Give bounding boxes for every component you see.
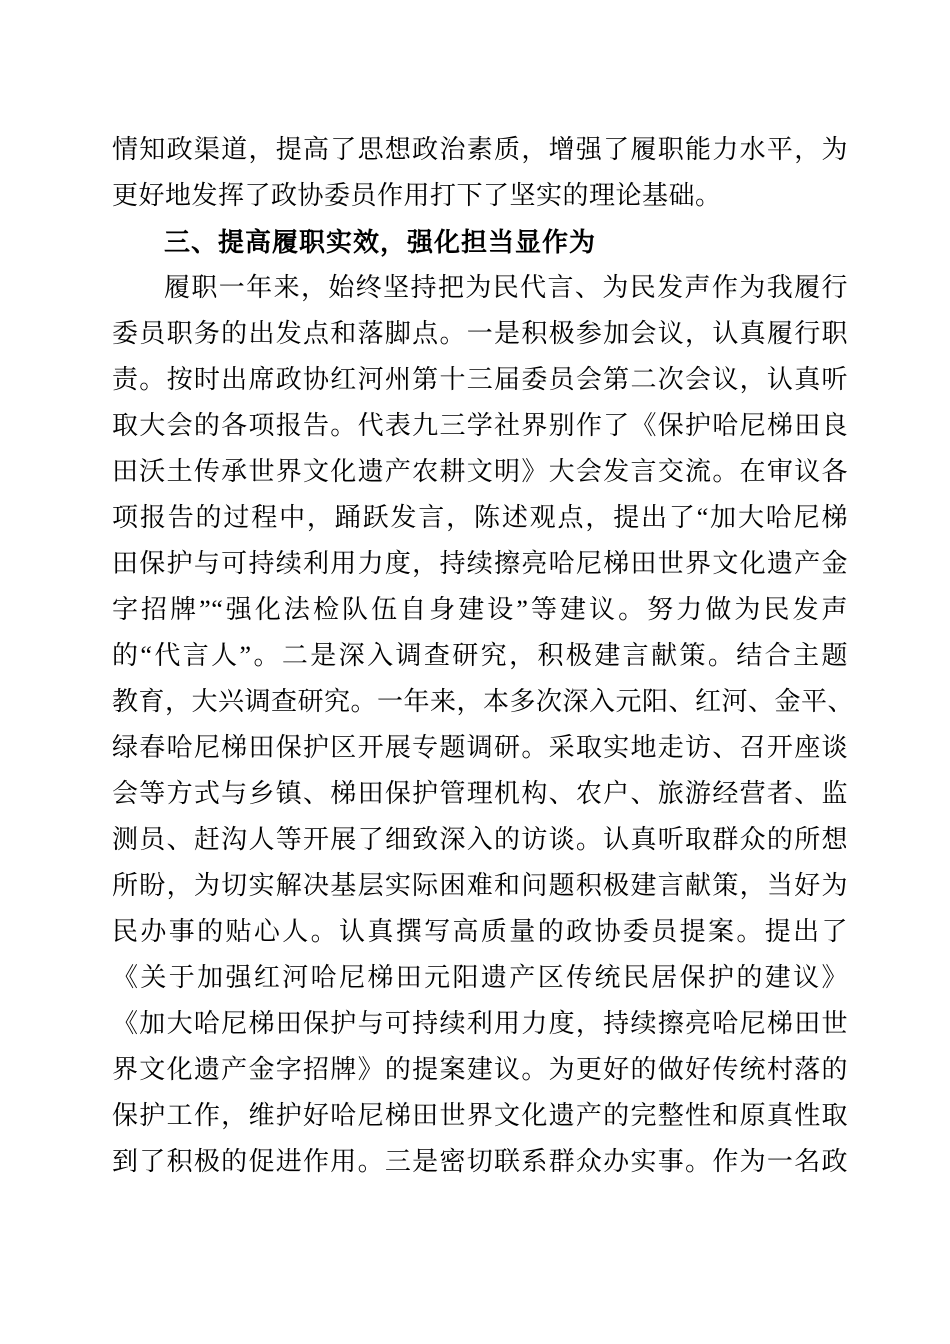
text-line: 田沃土传承世界文化遗产农耕文明》大会发言交流。在审议各 (112, 449, 848, 495)
text-line: 界文化遗产金字招牌》的提案建议。为更好的做好传统村落的 (112, 1047, 848, 1093)
text-line: 《加大哈尼梯田保护与可持续利用力度，持续擦亮哈尼梯田世 (112, 1001, 848, 1047)
text-line: 取大会的各项报告。代表九三学社界别作了《保护哈尼梯田良 (112, 403, 848, 449)
section-heading-line: 三、提高履职实效，强化担当显作为 (112, 219, 848, 265)
text-line: 《关于加强红河哈尼梯田元阳遗产区传统民居保护的建议》 (112, 955, 848, 1001)
text-line: 情知政渠道，提高了思想政治素质，增强了履职能力水平，为 (112, 127, 848, 173)
text-line: 到了积极的促进作用。三是密切联系群众办实事。作为一名政 (112, 1139, 848, 1185)
text-line: 责。按时出席政协红河州第十三届委员会第二次会议，认真听 (112, 357, 848, 403)
text-line: 字招牌”“强化法检队伍自身建设”等建议。努力做为民发声 (112, 587, 848, 633)
text-line: 项报告的过程中，踊跃发言，陈述观点，提出了“加大哈尼梯 (112, 495, 848, 541)
text-line: 委员职务的出发点和落脚点。一是积极参加会议，认真履行职 (112, 311, 848, 357)
text-line: 绿春哈尼梯田保护区开展专题调研。采取实地走访、召开座谈 (112, 725, 848, 771)
text-line: 履职一年来，始终坚持把为民代言、为民发声作为我履行 (112, 265, 848, 311)
text-line: 会等方式与乡镇、梯田保护管理机构、农户、旅游经营者、监 (112, 771, 848, 817)
text-line: 所盼，为切实解决基层实际困难和问题积极建言献策，当好为 (112, 863, 848, 909)
text-line: 教育，大兴调查研究。一年来，本多次深入元阳、红河、金平、 (112, 679, 848, 725)
text-line: 民办事的贴心人。认真撰写高质量的政协委员提案。提出了 (112, 909, 848, 955)
text-line: 的“代言人”。二是深入调查研究，积极建言献策。结合主题 (112, 633, 848, 679)
text-line: 测员、赶沟人等开展了细致深入的访谈。认真听取群众的所想 (112, 817, 848, 863)
document-page: 情知政渠道，提高了思想政治素质，增强了履职能力水平，为更好地发挥了政协委员作用打… (0, 0, 950, 1344)
text-line: 田保护与可持续利用力度，持续擦亮哈尼梯田世界文化遗产金 (112, 541, 848, 587)
document-body: 情知政渠道，提高了思想政治素质，增强了履职能力水平，为更好地发挥了政协委员作用打… (112, 127, 848, 1185)
text-line: 更好地发挥了政协委员作用打下了坚实的理论基础。 (112, 173, 848, 219)
text-line: 保护工作，维护好哈尼梯田世界文化遗产的完整性和原真性取 (112, 1093, 848, 1139)
